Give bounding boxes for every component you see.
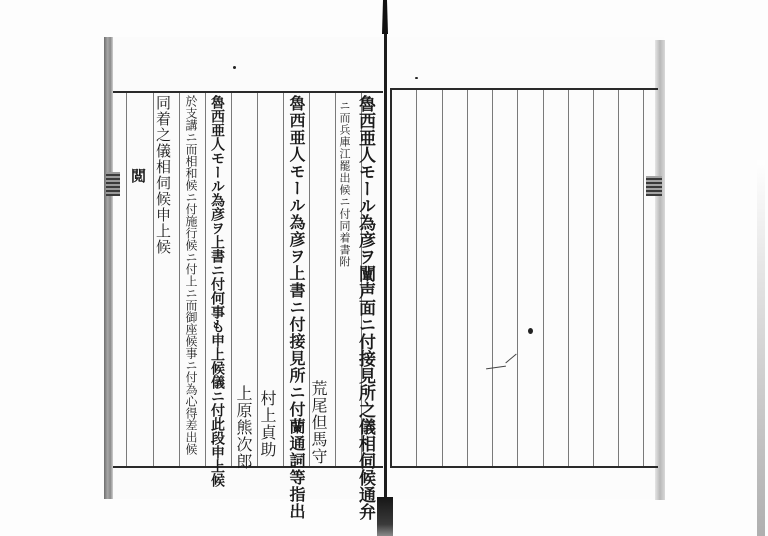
signature-arao-tajima: 荒尾但馬守 xyxy=(307,380,330,465)
text-column-1: 魯西亜人モール為彦ヲ闡声面ニ付接見所之儀相伺候通弁 xyxy=(353,95,378,520)
rule-line xyxy=(416,90,417,466)
text-column-9: 同着之儀相伺候申上候 xyxy=(153,95,174,255)
rule-line xyxy=(517,90,518,466)
rule-line xyxy=(467,90,468,466)
rule-line xyxy=(126,93,127,466)
rule-line xyxy=(283,93,284,466)
rule-line xyxy=(593,90,594,466)
ink-speck xyxy=(415,77,418,79)
right-ruled-frame xyxy=(390,88,658,468)
rule-line xyxy=(618,90,619,466)
rule-line xyxy=(643,90,644,466)
text-column-7: 魯西亜人モール為彦ヲ上書ニ付何事も申上候儀ニ付此段申上候 xyxy=(207,95,227,487)
rule-line xyxy=(179,93,180,466)
spine-top-marker xyxy=(380,0,390,34)
ink-speck xyxy=(233,66,236,69)
margin-annotation: 閲 xyxy=(128,168,149,183)
rule-line xyxy=(442,90,443,466)
scanner-edge-strip xyxy=(757,160,765,536)
ink-speck xyxy=(528,328,533,334)
signature-murakami-sadasuke: 村上貞助 xyxy=(256,390,279,458)
rule-line xyxy=(543,90,544,466)
rule-line xyxy=(492,90,493,466)
left-page-edge xyxy=(104,37,113,499)
rule-line xyxy=(205,93,206,466)
rule-line xyxy=(568,90,569,466)
book-spine xyxy=(384,0,387,536)
signature-uehara-kumajiro: 上原熊次郎 xyxy=(232,385,255,470)
text-column-8: 於支講ニ而相和候ニ付施行候ニ付上ニ而御座候事ニ付為心得差出候 xyxy=(183,95,200,455)
spine-bottom-marker xyxy=(377,497,393,536)
scanned-page-spread: 魯西亜人モール為彦ヲ闡声面ニ付接見所之儀相伺候通弁 ニ而兵庫江罷出候ニ付同着書附… xyxy=(0,0,768,536)
text-column-3: 魯西亜人モール為彦ヲ上書ニ付接見所ニ付蘭通詞等指出 xyxy=(285,95,308,520)
text-column-2: ニ而兵庫江罷出候ニ付同着書附 xyxy=(336,100,352,268)
